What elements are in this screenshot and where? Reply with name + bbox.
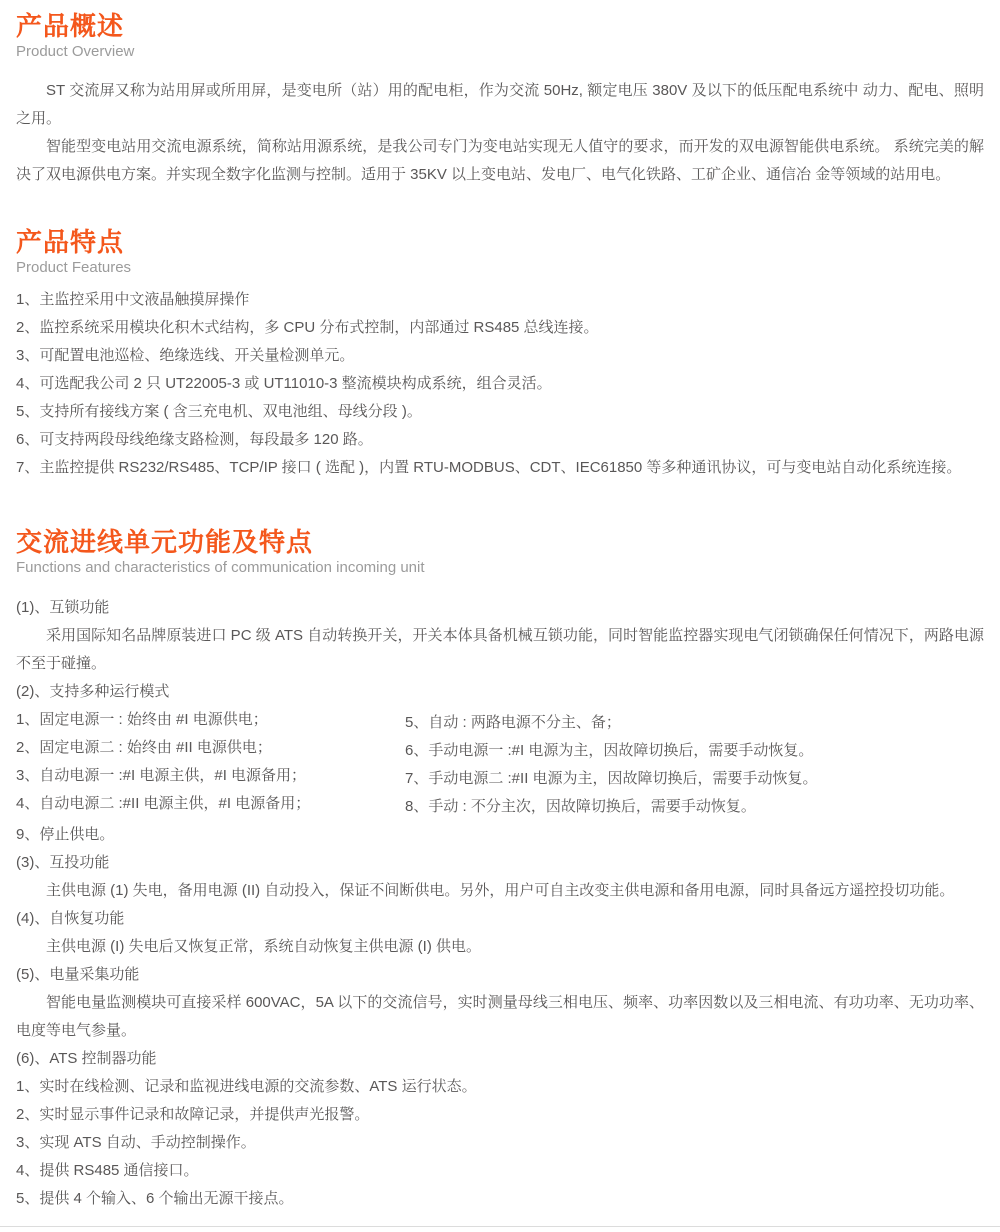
overview-body: ST 交流屏又称为站用屏或所用屏，是变电所（站）用的配电柜，作为交流 50Hz,… [16,77,984,189]
self-recovery-paragraph: 主供电源 (I) 失电后又恢复正常，系统自动恢复主供电源 (I) 供电。 [16,933,984,961]
section-overview: 产品概述 Product Overview ST 交流屏又称为站用屏或所用屏，是… [16,10,984,189]
ats-item: 4、提供 RS485 通信接口。 [16,1157,984,1185]
mode-item: 3、自动电源一 :#I 电源主供，#I 电源备用； [16,762,405,790]
metering-heading: (5)、电量采集功能 [16,961,984,989]
overview-paragraph-2: 智能型变电站用交流电源系统，简称站用源系统，是我公司专门为变电站实现无人值守的要… [16,133,984,189]
interlock-paragraph: 采用国际知名品牌原装进口 PC 级 ATS 自动转换开关，开关本体具备机械互锁功… [16,622,984,678]
feature-item: 7、主监控提供 RS232/RS485、TCP/IP 接口 ( 选配 )，内置 … [16,454,984,482]
self-recovery-heading: (4)、自恢复功能 [16,905,984,933]
feature-item: 4、可选配我公司 2 只 UT22005-3 或 UT11010-3 整流模块构… [16,370,984,398]
feature-item: 6、可支持两段母线绝缘支路检测，每段最多 120 路。 [16,426,984,454]
mutual-switch-heading: (3)、互投功能 [16,849,984,877]
section-incoming-unit: 交流进线单元功能及特点 Functions and characteristic… [16,526,984,1213]
ats-item: 1、实时在线检测、记录和监视进线电源的交流参数、ATS 运行状态。 [16,1073,984,1101]
run-modes-right-column: 5、自动 : 两路电源不分主、备； 6、手动电源一 :#I 电源为主，因故障切换… [405,706,984,821]
overview-title: 产品概述 [16,10,984,42]
incoming-subtitle: Functions and characteristics of communi… [16,558,984,577]
run-modes-grid: 1、固定电源一 : 始终由 #I 电源供电； 2、固定电源二 : 始终由 #II… [16,706,984,821]
ats-item: 5、提供 4 个输入、6 个输出无源干接点。 [16,1185,984,1213]
feature-item: 2、监控系统采用模块化积木式结构，多 CPU 分布式控制，内部通过 RS485 … [16,314,984,342]
mode-item: 1、固定电源一 : 始终由 #I 电源供电； [16,706,405,734]
features-list: 1、主监控采用中文液晶触摸屏操作 2、监控系统采用模块化积木式结构，多 CPU … [16,286,984,482]
mode-item: 2、固定电源二 : 始终由 #II 电源供电； [16,734,405,762]
product-doc-page: 产品概述 Product Overview ST 交流屏又称为站用屏或所用屏，是… [0,0,1000,1213]
mode-item: 7、手动电源二 :#II 电源为主，因故障切换后，需要手动恢复。 [405,765,984,793]
mode-item-stop: 9、停止供电。 [16,821,984,849]
metering-paragraph: 智能电量监测模块可直接采样 600VAC，5A 以下的交流信号，实时测量母线三相… [16,989,984,1045]
mode-item: 6、手动电源一 :#I 电源为主，因故障切换后，需要手动恢复。 [405,737,984,765]
ats-item: 3、实现 ATS 自动、手动控制操作。 [16,1129,984,1157]
incoming-title: 交流进线单元功能及特点 [16,526,984,558]
mode-item: 5、自动 : 两路电源不分主、备； [405,709,984,737]
overview-paragraph-1: ST 交流屏又称为站用屏或所用屏，是变电所（站）用的配电柜，作为交流 50Hz,… [16,77,984,133]
feature-item: 5、支持所有接线方案 ( 含三充电机、双电池组、母线分段 )。 [16,398,984,426]
mode-item: 8、手动 : 不分主次，因故障切换后，需要手动恢复。 [405,793,984,821]
run-modes-heading: (2)、支持多种运行模式 [16,678,984,706]
overview-subtitle: Product Overview [16,42,984,61]
ats-item: 2、实时显示事件记录和故障记录，并提供声光报警。 [16,1101,984,1129]
features-subtitle: Product Features [16,258,984,277]
ats-controller-heading: (6)、ATS 控制器功能 [16,1045,984,1073]
bottom-divider [0,1226,1000,1227]
incoming-body: (1)、互锁功能 采用国际知名品牌原装进口 PC 级 ATS 自动转换开关，开关… [16,594,984,1213]
run-modes-left-column: 1、固定电源一 : 始终由 #I 电源供电； 2、固定电源二 : 始终由 #II… [16,706,405,821]
features-title: 产品特点 [16,226,984,258]
mode-item: 4、自动电源二 :#II 电源主供，#I 电源备用； [16,790,405,818]
feature-item: 1、主监控采用中文液晶触摸屏操作 [16,286,984,314]
section-features: 产品特点 Product Features 1、主监控采用中文液晶触摸屏操作 2… [16,226,984,482]
mutual-switch-paragraph: 主供电源 (1) 失电，备用电源 (II) 自动投入，保证不间断供电。另外，用户… [16,877,984,905]
interlock-heading: (1)、互锁功能 [16,594,984,622]
feature-item: 3、可配置电池巡检、绝缘选线、开关量检测单元。 [16,342,984,370]
